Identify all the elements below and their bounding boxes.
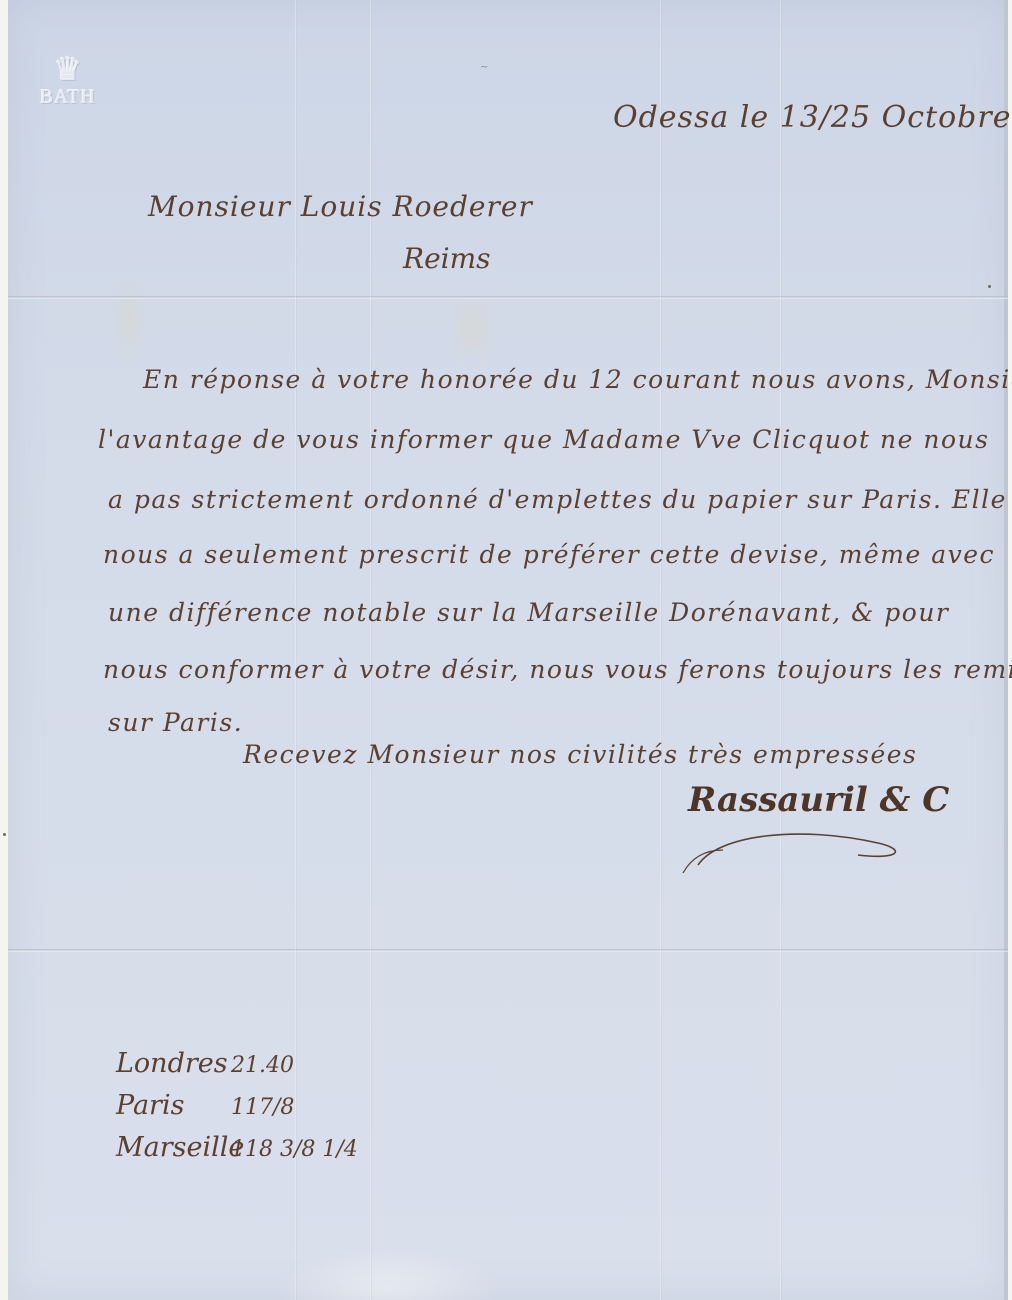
letter-page: ♛ BATH ~ Odessa le 13/25 Octobre 1852 Mo… <box>8 0 1008 1300</box>
rate-place: Londres <box>116 1048 231 1079</box>
body-line: nous conformer à votre désir, nous vous … <box>103 655 1012 684</box>
rate-value: 118 3/8 1/4 <box>231 1137 358 1162</box>
body-line: En réponse à votre honorée du 12 courant… <box>143 365 1012 394</box>
rate-place: Paris <box>116 1090 231 1121</box>
embossed-crest: ♛ BATH <box>38 52 98 109</box>
closing-line: Recevez Monsieur nos civilités très empr… <box>243 740 917 769</box>
exchange-rate-notes: Londres 21.40 Paris 117/8 Marseille 118 … <box>116 1048 358 1174</box>
body-line: sur Paris. <box>108 708 243 737</box>
crown-icon: ♛ <box>38 52 98 86</box>
rate-row: Paris 117/8 <box>116 1090 358 1132</box>
signature: Rassauril & C <box>688 780 949 820</box>
signature-flourish <box>678 815 938 875</box>
fold-line-horizontal <box>8 949 1008 952</box>
fold-line-vertical <box>660 0 662 1300</box>
page-edge <box>1004 0 1008 1300</box>
body-line: l'avantage de vous informer que Madame V… <box>98 425 989 454</box>
rate-value: 21.40 <box>231 1053 294 1078</box>
body-line: nous a seulement prescrit de préférer ce… <box>103 540 995 569</box>
pencil-mark: ~ <box>480 62 488 73</box>
emboss-text: BATH <box>38 86 98 109</box>
body-line: une différence notable sur la Marseille … <box>108 598 949 627</box>
rate-place: Marseille <box>116 1132 231 1163</box>
body-line: a pas strictement ordonné d'emplettes du… <box>108 485 1007 514</box>
fold-line-horizontal <box>8 296 1008 299</box>
paper-speck <box>3 833 6 836</box>
rate-row: Londres 21.40 <box>116 1048 358 1090</box>
addressee-city: Reims <box>403 242 491 275</box>
dateline: Odessa le 13/25 Octobre 1852 <box>613 100 1012 135</box>
addressee-name: Monsieur Louis Roederer <box>148 190 533 223</box>
fold-line-vertical <box>780 0 782 1300</box>
rate-value: 117/8 <box>231 1095 294 1120</box>
paper-speck <box>988 285 991 288</box>
rate-row: Marseille 118 3/8 1/4 <box>116 1132 358 1174</box>
